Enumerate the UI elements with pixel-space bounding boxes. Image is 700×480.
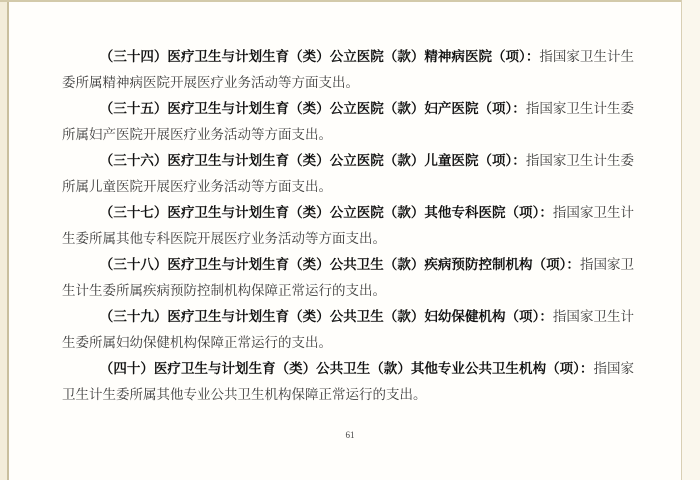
paragraph-heading: （三十六）医疗卫生与计划生育（类）公立医院（款）儿童医院（项）：: [100, 153, 526, 168]
scanned-document-page: （三十四）医疗卫生与计划生育（类）公立医院（款）精神病医院（项）：指国家卫生计生…: [0, 0, 700, 480]
page-number: 61: [0, 430, 700, 440]
paragraph-heading: （三十九）医疗卫生与计划生育（类）公共卫生（款）妇幼保健机构（项）：: [100, 309, 553, 324]
paragraph-heading: （三十五）医疗卫生与计划生育（类）公立医院（款）妇产医院（项）：: [100, 101, 526, 116]
paragraph-heading: （三十四）医疗卫生与计划生育（类）公立医院（款）精神病医院（项）：: [100, 49, 540, 64]
paragraph: （三十六）医疗卫生与计划生育（类）公立医院（款）儿童医院（项）：指国家卫生计生委…: [62, 148, 634, 200]
page-edge-right: [681, 0, 700, 480]
paragraph-heading: （三十八）医疗卫生与计划生育（类）公共卫生（款）疾病预防控制机构（项）：: [100, 257, 580, 272]
page-edge-top: [0, 0, 700, 2]
paragraph: （三十七）医疗卫生与计划生育（类）公立医院（款）其他专科医院（项）：指国家卫生计…: [62, 200, 634, 252]
paragraph: （三十九）医疗卫生与计划生育（类）公共卫生（款）妇幼保健机构（项）：指国家卫生计…: [62, 304, 634, 356]
paragraph-heading: （三十七）医疗卫生与计划生育（类）公立医院（款）其他专科医院（项）：: [100, 205, 553, 220]
document-body: （三十四）医疗卫生与计划生育（类）公立医院（款）精神病医院（项）：指国家卫生计生…: [62, 44, 634, 408]
page-edge-left: [0, 0, 9, 480]
paragraph: （四十）医疗卫生与计划生育（类）公共卫生（款）其他专业公共卫生机构（项）：指国家…: [62, 356, 634, 408]
paragraph-heading: （四十）医疗卫生与计划生育（类）公共卫生（款）其他专业公共卫生机构（项）：: [100, 361, 594, 376]
paragraph: （三十八）医疗卫生与计划生育（类）公共卫生（款）疾病预防控制机构（项）：指国家卫…: [62, 252, 634, 304]
paragraph: （三十四）医疗卫生与计划生育（类）公立医院（款）精神病医院（项）：指国家卫生计生…: [62, 44, 634, 96]
paragraph: （三十五）医疗卫生与计划生育（类）公立医院（款）妇产医院（项）：指国家卫生计生委…: [62, 96, 634, 148]
